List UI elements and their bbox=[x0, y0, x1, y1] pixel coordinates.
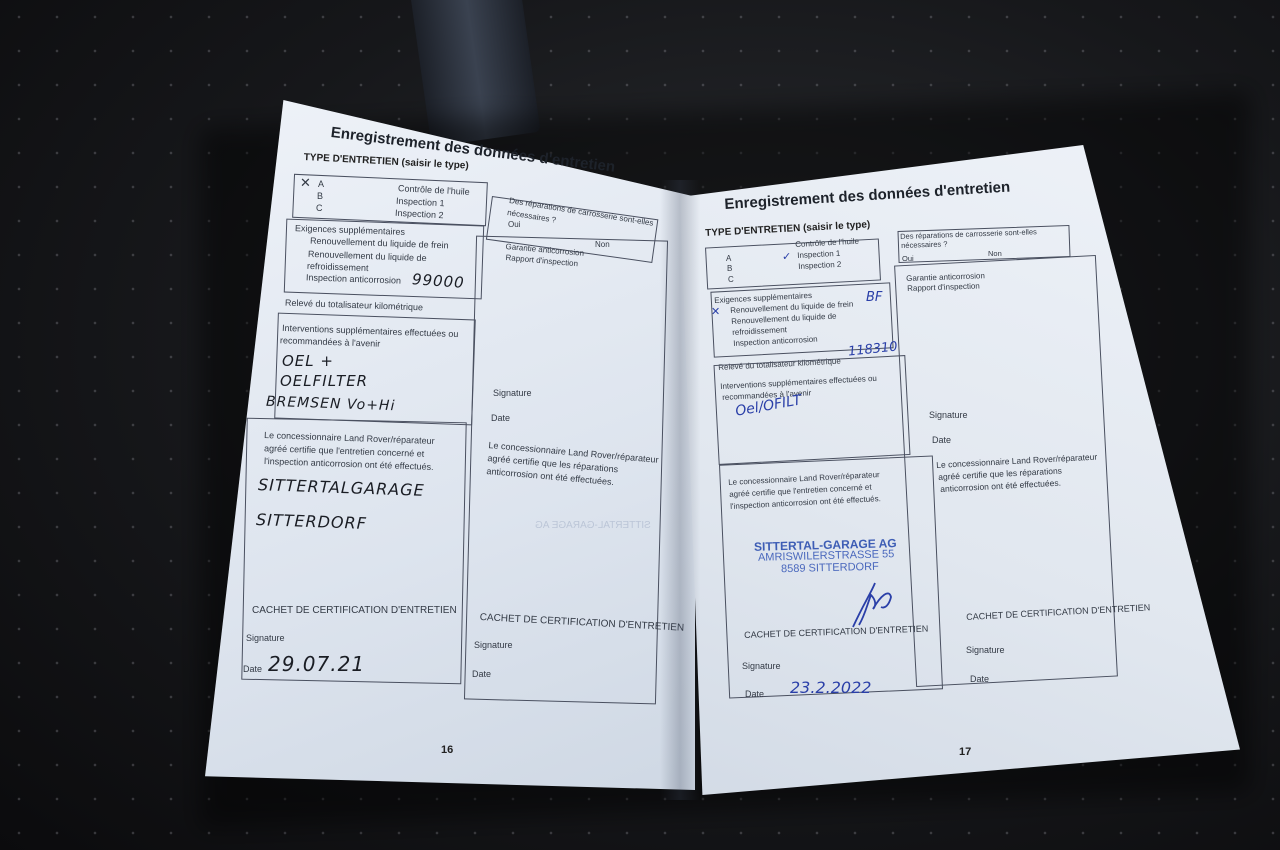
left-repair-sig2-label: Signature bbox=[474, 640, 513, 650]
right-repair-q-2: nécessaires ? bbox=[901, 239, 948, 250]
left-repair-yes[interactable]: Oui bbox=[508, 220, 520, 229]
left-date-label: Date bbox=[243, 664, 262, 674]
right-signature-label: Signature bbox=[742, 661, 781, 671]
left-repair-date2-label: Date bbox=[472, 669, 491, 679]
right-repair-date-label: Date bbox=[932, 435, 951, 445]
right-type-a: A bbox=[726, 254, 731, 263]
left-km-handwritten: 99000 bbox=[411, 270, 465, 292]
left-interventions-hw-1: OEL + bbox=[282, 352, 334, 370]
left-type-a-checkmark[interactable]: ✕ bbox=[300, 175, 311, 191]
left-type-a: A bbox=[318, 179, 324, 189]
left-type-c: C bbox=[316, 203, 323, 213]
left-interventions-hw-2: OELFILTER bbox=[280, 372, 368, 390]
booklet-gutter bbox=[660, 180, 700, 800]
right-brake-fluid-hw: BF bbox=[866, 290, 882, 305]
left-stamp-label: CACHET DE CERTIFICATION D'ENTRETIEN bbox=[252, 605, 457, 616]
left-bleed-through-stamp: SITTERTAL-GARAGE AG bbox=[535, 520, 651, 531]
right-repair-yes[interactable]: Oui bbox=[902, 254, 914, 263]
right-date-label: Date bbox=[745, 689, 764, 699]
right-repair-signature-label: Signature bbox=[929, 410, 968, 420]
left-date-handwritten: 29.07.21 bbox=[268, 652, 365, 676]
left-signature-label: Signature bbox=[246, 633, 285, 643]
right-brake-fluid-checkmark[interactable]: ✕ bbox=[711, 305, 720, 318]
left-page-number: 16 bbox=[441, 744, 453, 756]
right-date-handwritten: 23.2.2022 bbox=[790, 678, 871, 697]
right-type-c: C bbox=[728, 275, 734, 284]
right-repair-sig2-label: Signature bbox=[966, 645, 1005, 655]
right-insp1-checkmark[interactable]: ✓ bbox=[782, 250, 791, 263]
right-page-number: 17 bbox=[959, 746, 971, 758]
left-extra-coolant-2: refroidissement bbox=[307, 261, 369, 273]
right-type-b: B bbox=[727, 264, 732, 273]
left-dealer-hw-2: SITTERDORF bbox=[256, 510, 367, 533]
left-type-b: B bbox=[317, 191, 323, 201]
right-repair-date2-label: Date bbox=[970, 674, 989, 684]
stamp-city: 8589 SITTERDORF bbox=[781, 561, 879, 576]
right-repair-no[interactable]: Non bbox=[988, 249, 1002, 258]
